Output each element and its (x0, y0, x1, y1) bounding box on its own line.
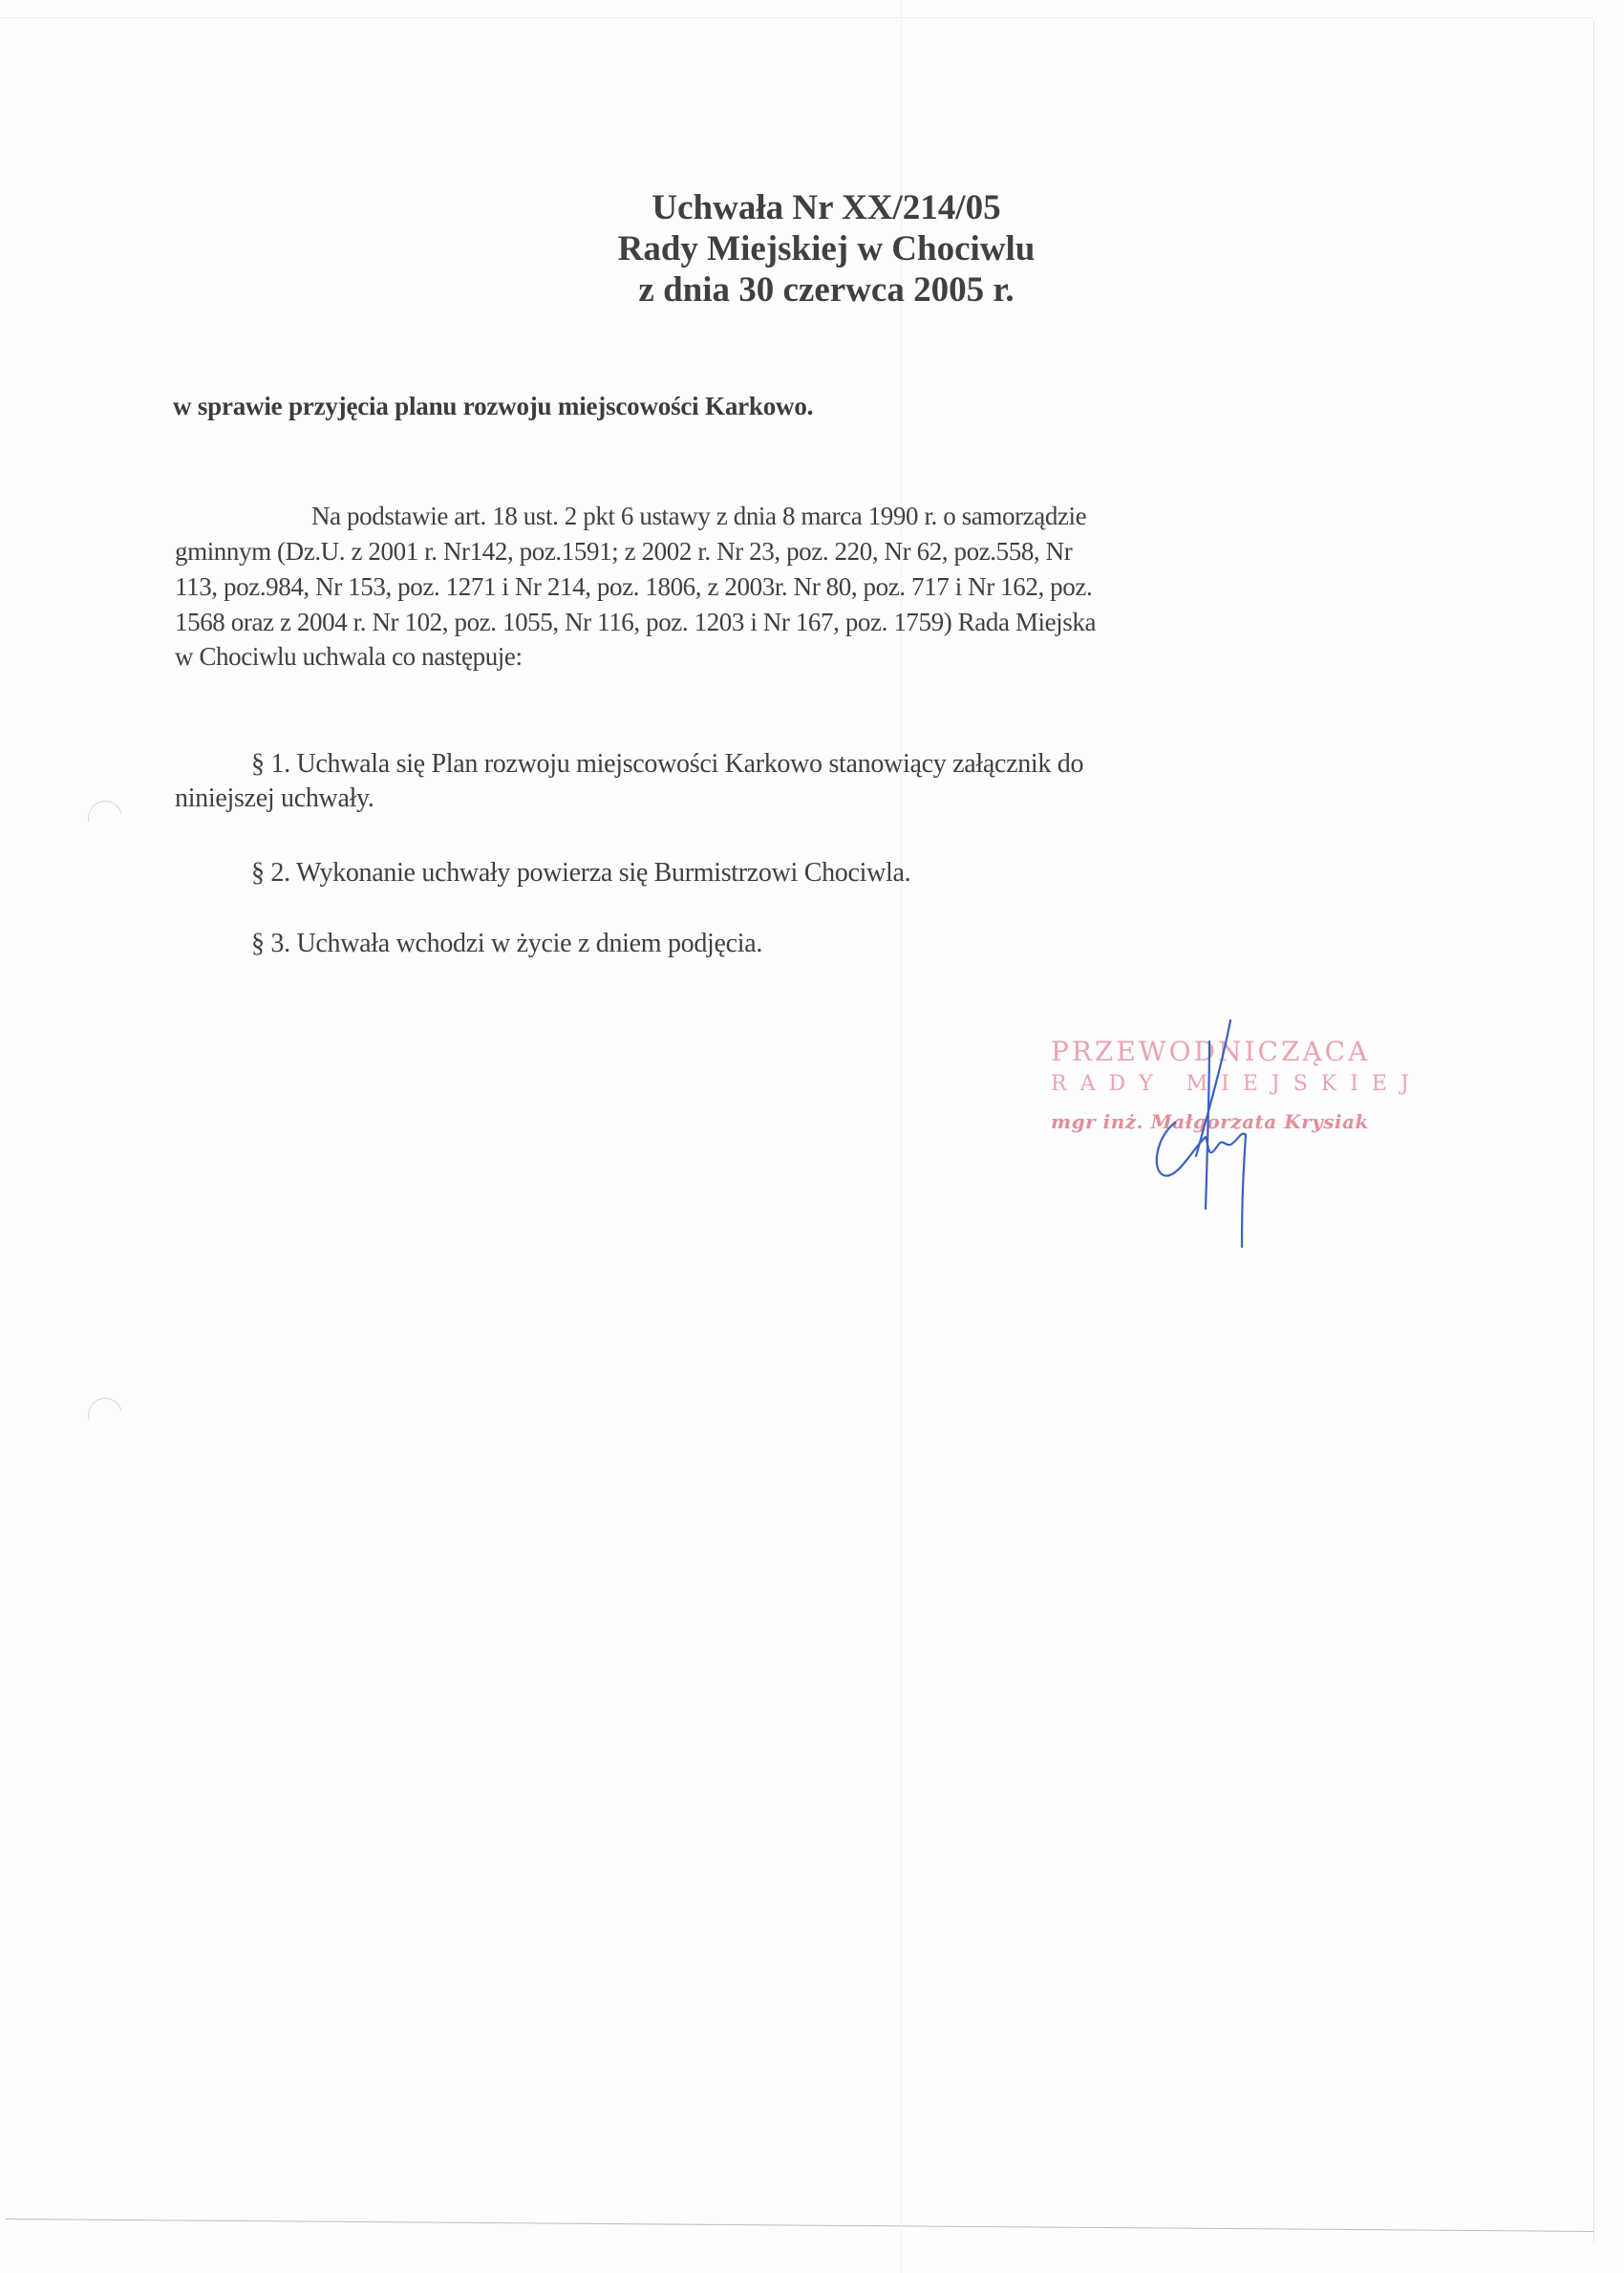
fold-line (901, 0, 902, 2273)
scan-edge-top (0, 17, 1593, 18)
scanned-document-page: Uchwała Nr XX/214/05 Rady Miejskiej w Ch… (0, 0, 1624, 2273)
punch-hole-mark (81, 1391, 128, 1438)
scan-edge-bottom (6, 2219, 1593, 2232)
legal-basis: Na podstawie art. 18 ust. 2 pkt 6 ustawy… (175, 499, 1096, 674)
legal-basis-line: gminnym (Dz.U. z 2001 r. Nr142, poz.1591… (175, 534, 1096, 568)
handwritten-signature-icon (1118, 1003, 1309, 1252)
paragraph-1: § 1. Uchwala się Plan rozwoju miejscowoś… (175, 747, 1083, 816)
resolution-title: Uchwała Nr XX/214/05 Rady Miejskiej w Ch… (0, 187, 1624, 311)
scan-edge-right (1593, 21, 1594, 2242)
resolution-subject: w sprawie przyjęcia planu rozwoju miejsc… (173, 392, 813, 421)
legal-basis-line: 113, poz.984, Nr 153, poz. 1271 i Nr 214… (175, 569, 1096, 604)
paragraph-line: § 1. Uchwala się Plan rozwoju miejscowoś… (175, 747, 1083, 782)
resolution-date: z dnia 30 czerwca 2005 r. (29, 269, 1624, 311)
punch-hole-mark (81, 794, 128, 841)
paragraph-line: § 3. Uchwała wchodzi w życie z dniem pod… (251, 927, 762, 961)
legal-basis-line: w Chociwlu uchwala co następuje: (175, 639, 1096, 674)
paragraph-line: § 2. Wykonanie uchwały powierza się Burm… (251, 856, 910, 890)
resolution-number: Uchwała Nr XX/214/05 (29, 187, 1624, 228)
paragraph-2: § 2. Wykonanie uchwały powierza się Burm… (251, 856, 910, 890)
paragraph-line: niniejszej uchwały. (175, 782, 1083, 816)
resolution-council: Rady Miejskiej w Chociwlu (29, 228, 1624, 269)
legal-basis-line: Na podstawie art. 18 ust. 2 pkt 6 ustawy… (175, 499, 1096, 533)
legal-basis-line: 1568 oraz z 2004 r. Nr 102, poz. 1055, N… (175, 605, 1096, 639)
paragraph-3: § 3. Uchwała wchodzi w życie z dniem pod… (251, 927, 762, 961)
